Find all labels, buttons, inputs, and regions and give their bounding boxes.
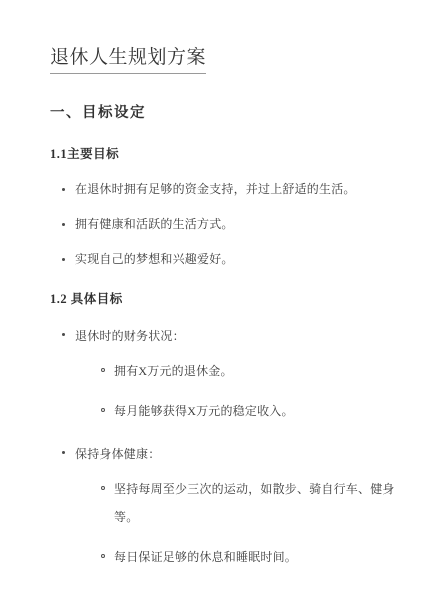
main-goals-list: 在退休时拥有足够的资金支持，并过上舒适的生活。 拥有健康和活跃的生活方式。 实现… <box>50 182 398 267</box>
list-item: 拥有X万元的退休金。 <box>75 364 294 385</box>
list-item: 坚持每周至少三次的运动，如散步、骑自行车、健身等。 <box>75 482 398 531</box>
bullet-circle-icon <box>101 368 105 372</box>
document-page: 退休人生规划方案 一、目标设定 1.1主要目标 在退休时拥有足够的资金支持，并过… <box>0 0 424 600</box>
list-item: 保持身体健康： 坚持每周至少三次的运动，如散步、骑自行车、健身等。 每日保证足够… <box>50 445 398 571</box>
list-item: 每月能够获得X万元的稳定收入。 <box>75 404 294 425</box>
financial-sub-list: 拥有X万元的退休金。 每月能够获得X万元的稳定收入。 <box>75 364 294 425</box>
subsection-heading-main-goals: 1.1主要目标 <box>50 144 398 162</box>
bullet-circle-icon <box>101 408 105 412</box>
list-item: 实现自己的梦想和兴趣爱好。 <box>50 252 398 267</box>
list-item: 拥有健康和活跃的生活方式。 <box>50 217 398 232</box>
list-item-text: 坚持每周至少三次的运动，如散步、骑自行车、健身等。 <box>114 475 398 531</box>
list-item-text: 拥有健康和活跃的生活方式。 <box>75 217 234 232</box>
list-item-text: 退休时的财务状况： <box>75 329 185 343</box>
list-item-text: 实现自己的梦想和兴趣爱好。 <box>75 252 234 267</box>
health-sub-list: 坚持每周至少三次的运动，如散步、骑自行车、健身等。 每日保证足够的休息和睡眠时间… <box>75 482 398 571</box>
specific-goals-list: 退休时的财务状况： 拥有X万元的退休金。 每月能够获得X万元的稳定收入。 保持身… <box>50 327 398 571</box>
list-item-text: 每月能够获得X万元的稳定收入。 <box>114 397 294 425</box>
bullet-dot-icon <box>62 223 65 226</box>
list-item: 每日保证足够的休息和睡眠时间。 <box>75 550 398 571</box>
bullet-circle-icon <box>101 554 105 558</box>
list-item-text: 每日保证足够的休息和睡眠时间。 <box>114 543 297 571</box>
bullet-dot-icon <box>62 333 65 336</box>
list-item-text: 拥有X万元的退休金。 <box>114 357 233 385</box>
section-heading-goal-setting: 一、目标设定 <box>50 101 398 122</box>
list-item: 退休时的财务状况： 拥有X万元的退休金。 每月能够获得X万元的稳定收入。 <box>50 327 398 425</box>
bullet-dot-icon <box>62 451 65 454</box>
subsection-heading-specific-goals: 1.2 具体目标 <box>50 289 398 307</box>
bullet-dot-icon <box>62 188 65 191</box>
list-item: 在退休时拥有足够的资金支持，并过上舒适的生活。 <box>50 182 398 197</box>
bullet-dot-icon <box>62 258 65 261</box>
list-item-text: 在退休时拥有足够的资金支持，并过上舒适的生活。 <box>75 182 356 197</box>
list-item-text: 保持身体健康： <box>75 447 160 461</box>
bullet-circle-icon <box>101 486 105 490</box>
page-title: 退休人生规划方案 <box>50 47 206 74</box>
